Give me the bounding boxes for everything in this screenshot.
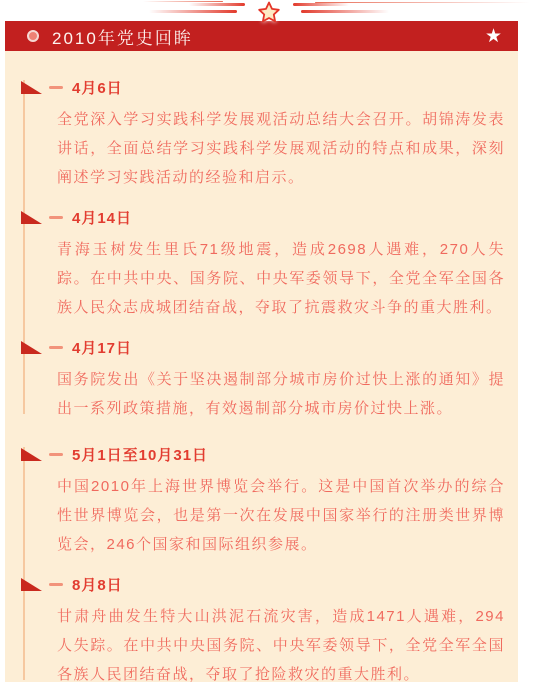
speed-line-icon — [143, 1, 223, 2]
entry-body: 全党深入学习实践科学发展观活动总结大会召开。胡锦涛发表讲话，全面总结学习实践科学… — [57, 105, 505, 192]
star-icon[interactable]: ★ — [485, 27, 502, 46]
entry-body: 中国2010年上海世界博览会举行。这是中国首次举办的综合性世界博览会，也是第一次… — [57, 472, 505, 559]
entry-date: 4月14日 — [72, 207, 132, 228]
timeline-entry: 4月14日 青海玉树发生里氏71级地震，造成2698人遇难，270人失踪。在中共… — [5, 207, 518, 322]
title-bar: 2010年党史回眸 ★ — [5, 21, 518, 51]
entry-body: 青海玉树发生里氏71级地震，造成2698人遇难，270人失踪。在中共中央、国务院… — [57, 235, 505, 322]
dash-icon — [49, 86, 63, 89]
bullet-circle-icon — [27, 30, 39, 42]
speed-line-icon — [301, 10, 389, 13]
triangle-marker-icon — [21, 578, 42, 591]
entry-header: 4月17日 — [21, 337, 518, 358]
triangle-marker-icon — [21, 448, 42, 461]
speed-line-icon — [189, 3, 245, 6]
timeline-entry: 8月8日 甘肃舟曲发生特大山洪泥石流灾害，造成1471人遇难，294人失踪。在中… — [5, 574, 518, 682]
dash-icon — [49, 216, 63, 219]
entry-date: 8月8日 — [72, 574, 123, 595]
timeline-group: 5月1日至10月31日 中国2010年上海世界博览会举行。这是中国首次举办的综合… — [5, 444, 518, 682]
entry-date: 5月1日至10月31日 — [72, 444, 208, 465]
entry-header: 4月14日 — [21, 207, 518, 228]
dash-icon — [49, 346, 63, 349]
speed-line-icon — [293, 3, 349, 6]
timeline-content: 4月6日 全党深入学习实践科学发展观活动总结大会召开。胡锦涛发表讲话，全面总结学… — [5, 51, 518, 682]
timeline-group: 4月6日 全党深入学习实践科学发展观活动总结大会召开。胡锦涛发表讲话，全面总结学… — [5, 77, 518, 423]
timeline-entry: 5月1日至10月31日 中国2010年上海世界博览会举行。这是中国首次举办的综合… — [5, 444, 518, 559]
speed-line-icon — [149, 10, 237, 13]
entry-header: 8月8日 — [21, 574, 518, 595]
dash-icon — [49, 453, 63, 456]
timeline-entry: 4月6日 全党深入学习实践科学发展观活动总结大会召开。胡锦涛发表讲话，全面总结学… — [5, 77, 518, 192]
entry-body: 国务院发出《关于坚决遏制部分城市房价过快上涨的通知》提出一系列政策措施，有效遏制… — [57, 365, 505, 423]
entry-date: 4月17日 — [72, 337, 132, 358]
speed-line-icon — [315, 2, 530, 3]
dash-icon — [49, 583, 63, 586]
entry-header: 4月6日 — [21, 77, 518, 98]
timeline-entry: 4月17日 国务院发出《关于坚决遏制部分城市房价过快上涨的通知》提出一系列政策措… — [5, 337, 518, 423]
entry-body: 甘肃舟曲发生特大山洪泥石流灾害，造成1471人遇难，294人失踪。在中共中央国务… — [57, 602, 505, 682]
triangle-marker-icon — [21, 81, 42, 94]
top-decoration — [0, 0, 537, 21]
triangle-marker-icon — [21, 341, 42, 354]
page: 2010年党史回眸 ★ 4月6日 全党深入学习实践科学发展观活动总结大会召开。胡… — [0, 0, 537, 692]
page-title: 2010年党史回眸 — [52, 24, 485, 49]
entry-date: 4月6日 — [72, 77, 123, 98]
entry-header: 5月1日至10月31日 — [21, 444, 518, 465]
triangle-marker-icon — [21, 211, 42, 224]
star-burst-icon — [256, 1, 282, 25]
article-card: 2010年党史回眸 ★ 4月6日 全党深入学习实践科学发展观活动总结大会召开。胡… — [5, 21, 518, 682]
